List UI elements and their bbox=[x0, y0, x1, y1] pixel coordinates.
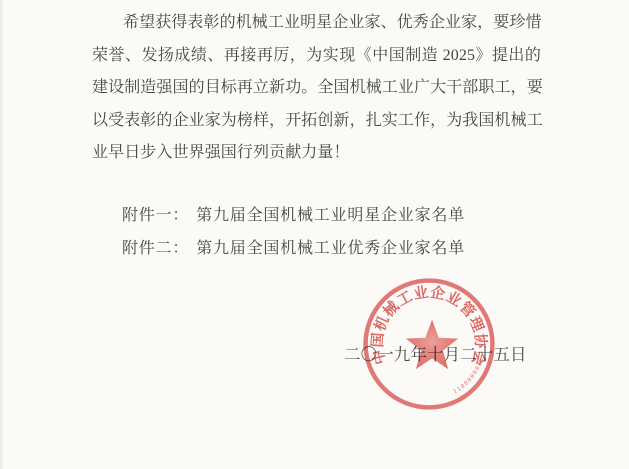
attachment-title: 第九届全国机械工业明星企业家名单 bbox=[196, 207, 465, 224]
attachments-section: 附件一：第九届全国机械工业明星企业家名单 附件二：第九届全国机械工业优秀企业家名… bbox=[122, 200, 465, 265]
paragraph-line: 建设制造强国的目标再立新功。全国机械工业广大干部职工，要 bbox=[92, 72, 541, 105]
attachment-item: 附件一：第九届全国机械工业明星企业家名单 bbox=[122, 200, 465, 233]
attachment-title: 第九届全国机械工业优秀企业家名单 bbox=[196, 240, 465, 257]
attachment-item: 附件二：第九届全国机械工业优秀企业家名单 bbox=[122, 233, 465, 266]
star-icon bbox=[406, 320, 458, 370]
body-paragraph: 希望获得表彰的机械工业明星企业家、优秀企业家，要珍惜 荣誉、发扬成绩、再接再厉，… bbox=[92, 7, 541, 170]
scan-edge-artifact bbox=[0, 0, 4, 469]
paragraph-line: 以受表彰的企业家为榜样，开拓创新，扎实工作，为我国机械工 bbox=[92, 105, 541, 138]
scanned-document-page: 希望获得表彰的机械工业明星企业家、优秀企业家，要珍惜 荣誉、发扬成绩、再接再厉，… bbox=[0, 0, 629, 469]
attachment-label: 附件二： bbox=[122, 240, 189, 257]
paragraph-line: 希望获得表彰的机械工业明星企业家、优秀企业家，要珍惜 bbox=[92, 7, 541, 40]
official-seal: 中国机械工业企业管理协会 1100000020 bbox=[361, 276, 497, 412]
paragraph-line: 业早日步入世界强国行列贡献力量！ bbox=[92, 137, 541, 170]
paragraph-line: 荣誉、发扬成绩、再接再厉，为实现《中国制造 2025》提出的 bbox=[92, 40, 541, 73]
attachment-label: 附件一： bbox=[122, 207, 189, 224]
